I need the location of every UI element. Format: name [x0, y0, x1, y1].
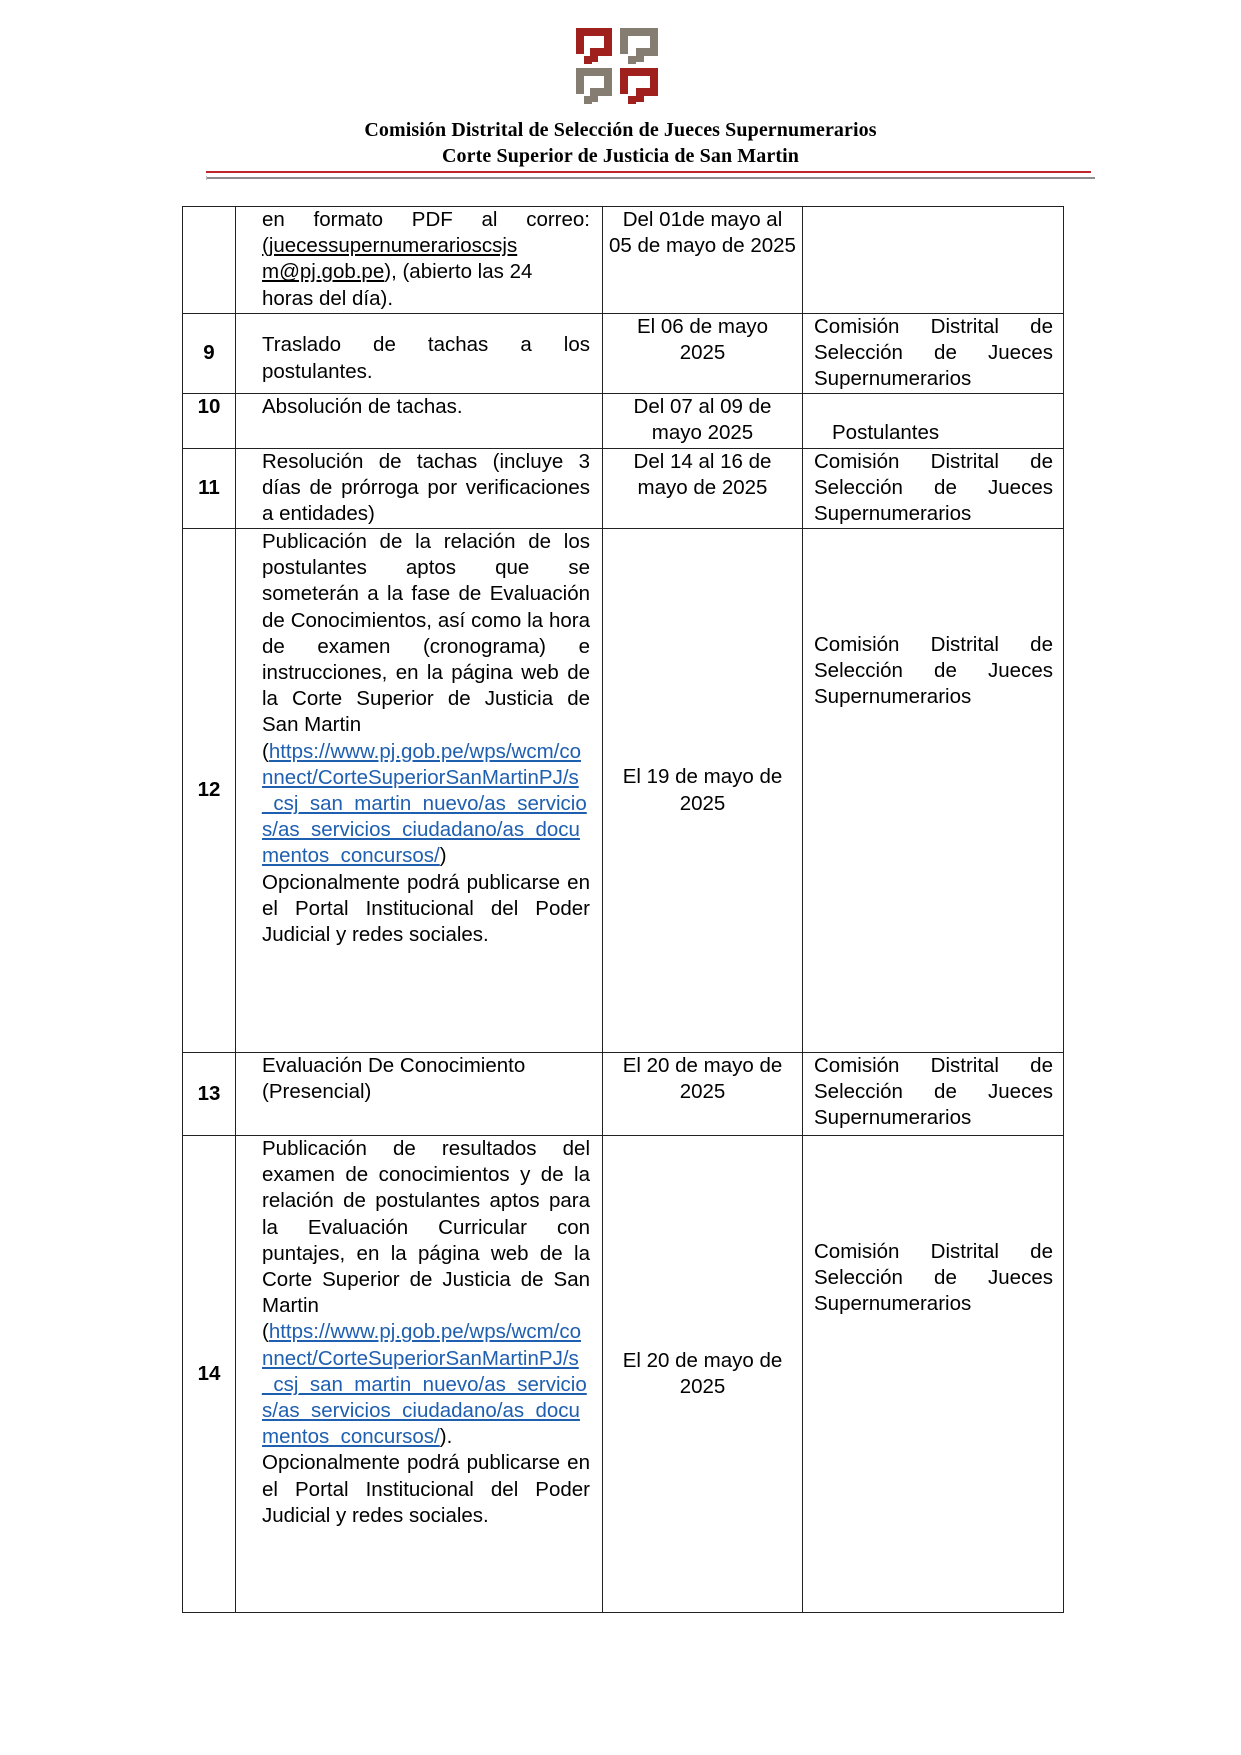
date-cell: El 20 de mayo de 2025 — [603, 1136, 803, 1613]
responsible-cell: Comisión Distrital de Selección de Juece… — [803, 1053, 1064, 1136]
activity-text: Publicación de resultados del examen de … — [262, 1136, 590, 1319]
activity-cell: Resolución de tachas (incluye 3 días de … — [236, 449, 603, 529]
activity-text: Publicación de la relación de los postul… — [262, 529, 590, 739]
responsible-cell: Comisión Distrital de Selección de Juece… — [803, 449, 1064, 529]
activity-line: en formato PDF al correo: — [262, 207, 590, 233]
activity-note: Opcionalmente podrá publicarse en el Por… — [262, 1450, 590, 1529]
date-cell: El 20 de mayo de 2025 — [603, 1053, 803, 1136]
row-number: 9 — [183, 314, 236, 394]
header-rule-red — [206, 171, 1091, 173]
row-number: 10 — [183, 394, 236, 449]
header-rule-grey — [206, 177, 1095, 179]
activity-cell: en formato PDF al correo: (juecessupernu… — [236, 207, 603, 314]
row-number: 11 — [183, 449, 236, 529]
link-close-paren: ) — [440, 844, 447, 867]
table-row: 10 Absolución de tachas. Del 07 al 09 de… — [183, 394, 1064, 449]
schedule-table: en formato PDF al correo: (juecessupernu… — [182, 206, 1064, 1613]
date-cell: Del 14 al 16 de mayo de 2025 — [603, 449, 803, 529]
table-row: en formato PDF al correo: (juecessupernu… — [183, 207, 1064, 314]
table-row: 11 Resolución de tachas (incluye 3 días … — [183, 449, 1064, 529]
activity-line: ), (abierto las 24 — [384, 260, 532, 283]
responsible-cell: Comisión Distrital de Selección de Juece… — [803, 529, 1064, 1053]
row-number: 13 — [183, 1053, 236, 1136]
activity-text: Evaluación De Conocimiento (Presencial) — [262, 1054, 525, 1103]
email-link[interactable]: (juecessupernumerarioscsjs — [262, 234, 517, 257]
activity-cell: Traslado de tachas a los postulantes. — [236, 314, 603, 394]
date-cell: El 06 de mayo 2025 — [603, 314, 803, 394]
date-cell: Del 01de mayo al 05 de mayo de 2025 — [603, 207, 803, 314]
activity-line: horas del día). — [262, 286, 590, 312]
responsible-text: Postulantes — [814, 421, 939, 444]
table-row: 9 Traslado de tachas a los postulantes. … — [183, 314, 1064, 394]
date-cell: Del 07 al 09 de mayo 2025 — [603, 394, 803, 449]
table-row: 13 Evaluación De Conocimiento (Presencia… — [183, 1053, 1064, 1136]
header-title: Comisión Distrital de Selección de Juece… — [0, 119, 1241, 142]
responsible-cell: Comisión Distrital de Selección de Juece… — [803, 1136, 1064, 1613]
activity-text: Traslado de tachas a los postulantes. — [262, 333, 590, 382]
date-text: Del 07 al 09 de mayo 2025 — [609, 394, 796, 446]
web-link[interactable]: https://www.pj.gob.pe/wps/wcm/connect/Co… — [262, 1320, 587, 1448]
activity-cell: Evaluación De Conocimiento (Presencial) — [236, 1053, 603, 1136]
responsible-cell — [803, 207, 1064, 314]
date-text: El 06 de mayo 2025 — [609, 314, 796, 366]
email-link[interactable]: m@pj.gob.pe — [262, 260, 384, 283]
date-text: Del 14 al 16 de mayo de 2025 — [609, 449, 796, 501]
pj-logo-icon — [574, 26, 662, 106]
row-number — [183, 207, 236, 314]
table-row: 14 Publicación de resultados del examen … — [183, 1136, 1064, 1613]
activity-cell: Publicación de la relación de los postul… — [236, 529, 603, 1053]
table-row: 12 Publicación de la relación de los pos… — [183, 529, 1064, 1053]
date-cell: El 19 de mayo de 2025 — [603, 529, 803, 1053]
header-subtitle: Corte Superior de Justicia de San Martin — [0, 145, 1241, 168]
responsible-cell: Comisión Distrital de Selección de Juece… — [803, 314, 1064, 394]
link-close-paren: ). — [440, 1425, 453, 1448]
activity-cell: Absolución de tachas. — [236, 394, 603, 449]
row-number: 12 — [183, 529, 236, 1053]
responsible-text: Comisión Distrital de Selección de Juece… — [814, 633, 1053, 708]
web-link[interactable]: https://www.pj.gob.pe/wps/wcm/connect/Co… — [262, 740, 587, 868]
responsible-cell: Postulantes — [803, 394, 1064, 449]
activity-cell: Publicación de resultados del examen de … — [236, 1136, 603, 1613]
responsible-text: Comisión Distrital de Selección de Juece… — [814, 1240, 1053, 1315]
row-number: 14 — [183, 1136, 236, 1613]
header-rule-tick — [206, 176, 207, 180]
activity-note: Opcionalmente podrá publicarse en el Por… — [262, 870, 590, 949]
